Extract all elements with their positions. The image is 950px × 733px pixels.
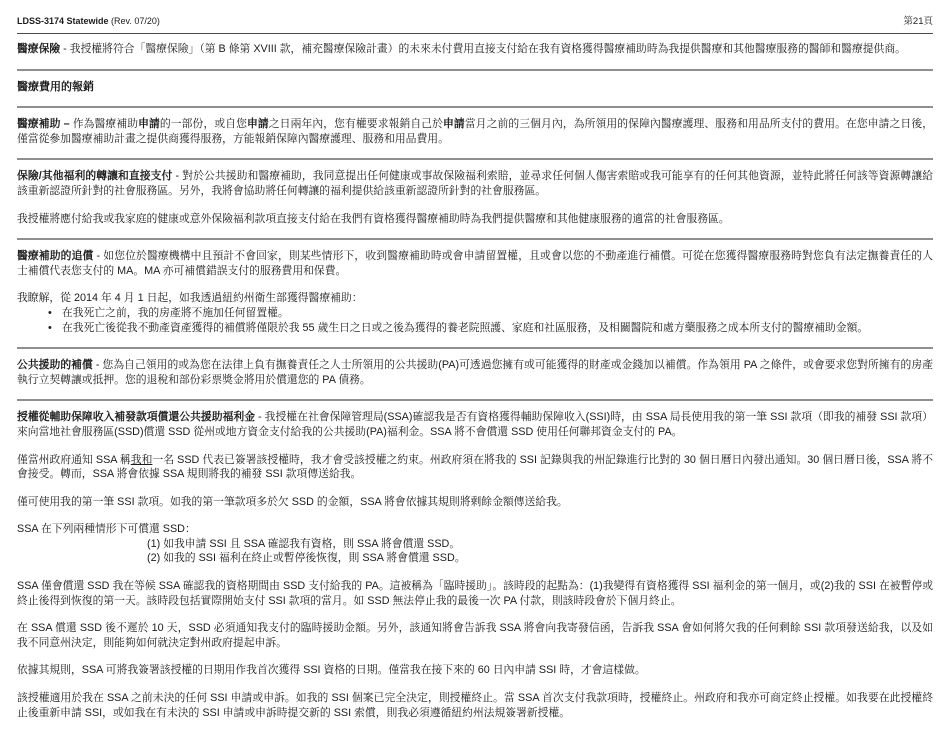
section-divider: [17, 399, 933, 401]
ssa-repay-conditions-intro: SSA 在下列兩種情形下可償還 SSD：: [17, 522, 933, 537]
interim-assistance-paragraph: SSA 僅會償還 SSD 我在等候 SSA 確認我的資格期間由 SSD 支付給我…: [17, 579, 933, 608]
pa-recovery-lead: 公共援助的補償: [17, 359, 93, 371]
ssi-first-payment-paragraph: 僅可使用我的第一筆 SSI 款項。如我的第一筆款項多於欠 SSD 的金額，SSA…: [17, 495, 933, 510]
section-divider: [17, 238, 933, 240]
direct-payment-paragraph: 我授權將應付給我或我家庭的健康或意外保險福利款項直接支付給在我們有資格獲得醫療補…: [17, 212, 933, 227]
ssa-repay-condition-1: (1) 如我申請 SSI 且 SSA 確認我有資格，則 SSA 將會償還 SSD…: [147, 537, 933, 552]
form-id: LDSS-3174 Statewide: [17, 16, 109, 26]
medicare-lead: 醫療保險: [17, 43, 60, 55]
ssi-notice-paragraph: 僅當州政府通知 SSA 稱我和一名 SSD 代表已簽署該授權時，我才會受該授權之…: [17, 453, 933, 482]
ssi-notice-text: 僅當州政府通知 SSA 稱: [17, 454, 131, 466]
ma-recovery-lead: 醫療補助的追償: [17, 250, 93, 262]
medicaid-lead: 醫療補助 –: [17, 118, 73, 130]
reimbursement-heading: 醫療費用的報銷: [17, 80, 933, 95]
ssd-notice-paragraph: 在 SSA 償還 SSD 後不遲於 10 天，SSD 必須通知我支付的臨時援助金…: [17, 621, 933, 650]
section-divider: [17, 106, 933, 108]
bullet-icon: •: [48, 306, 62, 321]
authorization-date-paragraph: 依據其規則，SSA 可將我簽署該授權的日期用作我首次獲得 SSI 資格的日期。僅…: [17, 663, 933, 678]
estate-recovery-bullet-item: • 在我死亡後從我不動產資產獲得的補償將僅限於我 55 歲生日之日或之後為獲得的…: [17, 321, 933, 336]
authorization-termination-paragraph: 該授權適用於我在 SSA 之前未決的任何 SSI 申請或申訴。如我的 SSI 個…: [17, 691, 933, 720]
medicaid-bold-term: 申請: [138, 118, 160, 130]
section-divider: [17, 69, 933, 71]
medicaid-bold-term: 申請: [247, 118, 269, 130]
ma-recovery-intro: 我瞭解，從 2014 年 4 月 1 日起，如我透過紐約州衛生部獲得醫療補助：: [17, 291, 933, 306]
ssi-authorization-paragraph: 授權從輔助保障收入補發款項償還公共援助福利金 - 我授權在社會保障管理局(SSA…: [17, 410, 933, 439]
medicaid-bold-term: 申請: [443, 118, 465, 130]
assignment-paragraph: 保險/其他福利的轉讓和直接支付 - 對於公共援助和醫療補助，我同意提出任何健康或…: [17, 169, 933, 198]
medicaid-text: 之日兩年內，您有權要求報銷自己於: [269, 118, 443, 130]
ssi-notice-text: 一名 SSD 代表已簽署該授權時，我才會受該授權之約束。州政府須在將我的 SSI…: [17, 454, 933, 481]
assignment-lead: 保險/其他福利的轉讓和直接支付: [17, 170, 172, 182]
ssi-authorization-lead: 授權從輔助保障收入補發款項償還公共援助福利金: [17, 411, 255, 423]
ssi-notice-underlined: 我和: [131, 454, 153, 466]
ma-recovery-paragraph: 醫療補助的追償 - 如您位於醫療機構中且預計不會回家，則某些情形下，收到醫療補助…: [17, 249, 933, 278]
header-divider: [17, 33, 933, 34]
section-divider: [17, 347, 933, 349]
medicare-body: - 我授權將符合「醫療保險」（第 B 條第 XVIII 款，補充醫療保險計畫）的…: [60, 43, 906, 55]
document-page: LDSS-3174 Statewide (Rev. 07/20) 第21頁 醫療…: [0, 0, 950, 720]
medicaid-text: 的一部份，或自您: [160, 118, 247, 130]
medicaid-paragraph: 醫療補助 – 作為醫療補助申請的一部份，或自您申請之日兩年內，您有權要求報銷自己…: [17, 117, 933, 146]
estate-recovery-bullet-text: 在我死亡後從我不動產資產獲得的補償將僅限於我 55 歲生日之日或之後為獲得的養老…: [62, 321, 933, 336]
ssa-repay-condition-2: (2) 如我的 SSI 福利在終止或暫停後恢復，則 SSA 將會償還 SSD。: [147, 551, 933, 566]
medicaid-text: 作為醫療補助: [73, 118, 138, 130]
lien-bullet-item: • 在我死亡之前，我的房產將不施加任何留置權。: [17, 306, 933, 321]
form-identifier: LDSS-3174 Statewide (Rev. 07/20): [17, 16, 160, 27]
lien-bullet-text: 在我死亡之前，我的房產將不施加任何留置權。: [62, 306, 933, 321]
ma-recovery-body: - 如您位於醫療機構中且預計不會回家，則某些情形下，收到醫療補助時或會申請留置權…: [17, 250, 933, 277]
pa-recovery-paragraph: 公共援助的補償 - 您為自己領用的或為您在法律上負有撫養責任之人士所領用的公共援…: [17, 358, 933, 387]
page-number: 第21頁: [903, 16, 933, 27]
pa-recovery-body: - 您為自己領用的或為您在法律上負有撫養責任之人士所領用的公共援助(PA)可透過…: [17, 359, 933, 386]
section-divider: [17, 158, 933, 160]
medicare-paragraph: 醫療保險 - 我授權將符合「醫療保險」（第 B 條第 XVIII 款，補充醫療保…: [17, 42, 933, 57]
document-header: LDSS-3174 Statewide (Rev. 07/20) 第21頁: [17, 16, 933, 27]
form-revision: (Rev. 07/20): [109, 16, 160, 26]
bullet-icon: •: [48, 321, 62, 336]
